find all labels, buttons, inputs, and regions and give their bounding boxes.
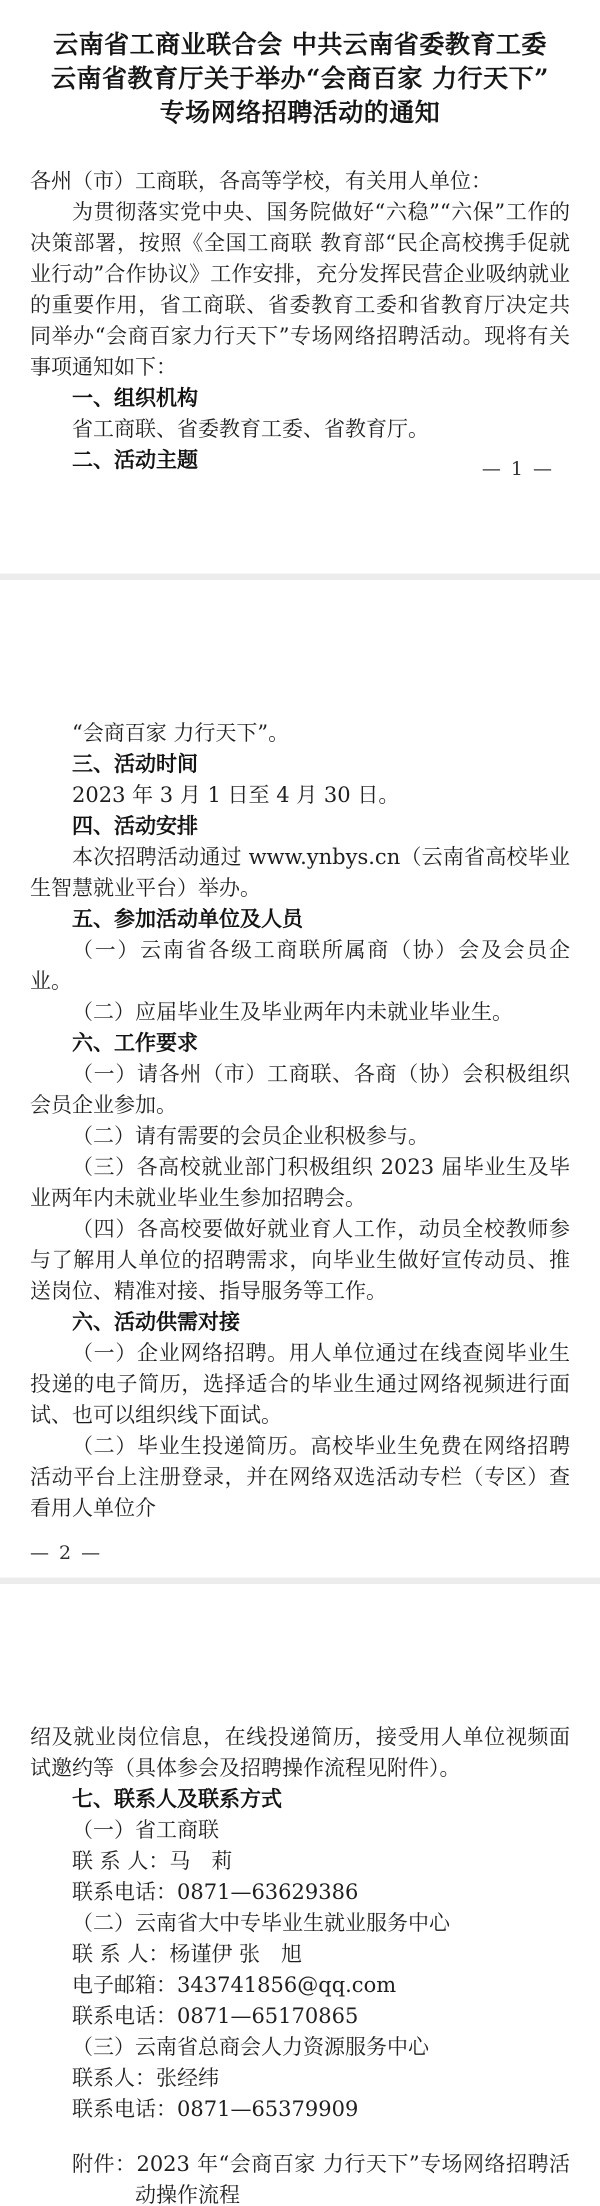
document-title: 云南省工商业联合会 中共云南省委教育工委 云南省教育厅关于举办“会商百家 力行天…: [0, 0, 600, 130]
document-page-2: “会商百家 力行天下”。 三、活动时间 2023 年 3 月 1 日至 4 月 …: [0, 580, 600, 1577]
section-heading-time: 三、活动时间: [30, 749, 570, 780]
contact-1-organization: （一）省工商联: [30, 1815, 570, 1846]
page-2-content: “会商百家 力行天下”。 三、活动时间 2023 年 3 月 1 日至 4 月 …: [0, 718, 600, 1569]
section-heading-contacts: 七、联系人及联系方式: [30, 1784, 570, 1815]
requirement-item-4: （四）各高校要做好就业育人工作，动员全校教师参与了解用人单位的招聘需求，向毕业生…: [30, 1214, 570, 1307]
matching-item-2-continued: 绍及就业岗位信息，在线投递简历，接受用人单位视频面试邀约等（具体参会及招聘操作流…: [30, 1722, 570, 1784]
page-1-content: 各州（市）工商联，各高等学校，有关用人单位： 为贯彻落实党中央、国务院做好“六稳…: [0, 166, 600, 476]
section-heading-organization: 一、组织机构: [30, 383, 570, 414]
contact-2-organization: （二）云南省大中专毕业生就业服务中心: [30, 1908, 570, 1939]
page-3-content: 绍及就业岗位信息，在线投递简历，接受用人单位视频面试邀约等（具体参会及招聘操作流…: [0, 1722, 600, 2206]
participants-item-1: （一）云南省各级工商联所属商（协）会及会员企业。: [30, 935, 570, 997]
document-page-3: 绍及就业岗位信息，在线投递简历，接受用人单位视频面试邀约等（具体参会及招聘操作流…: [0, 1584, 600, 2206]
requirement-item-3: （三）各高校就业部门积极组织 2023 届毕业生及毕业两年内未就业毕业生参加招聘…: [30, 1152, 570, 1214]
matching-item-2: （二）毕业生投递简历。高校毕业生免费在网络招聘活动平台上注册登录，并在网络双选活…: [30, 1431, 570, 1524]
section-heading-matching: 六、活动供需对接: [30, 1307, 570, 1338]
contact-2-phone: 联系电话：0871—65170865: [30, 2001, 570, 2032]
contact-3-person: 联系人：张经纬: [30, 2063, 570, 2094]
time-paragraph: 2023 年 3 月 1 日至 4 月 30 日。: [30, 780, 570, 811]
attachment-line: 附件：2023 年“会商百家 力行天下”专场网络招聘活动操作流程: [30, 2149, 570, 2206]
intro-paragraph: 为贯彻落实党中央、国务院做好“六稳”“六保”工作的决策部署，按照《全国工商联 教…: [30, 197, 570, 383]
contact-3-phone: 联系电话：0871—65379909: [30, 2094, 570, 2125]
scanned-notice-document: 云南省工商业联合会 中共云南省委教育工委 云南省教育厅关于举办“会商百家 力行天…: [0, 0, 600, 2206]
theme-paragraph: “会商百家 力行天下”。: [30, 718, 570, 749]
contact-2-person: 联 系 人：杨谨伊 张 旭: [30, 1939, 570, 1970]
requirement-item-2: （二）请有需要的会员企业积极参与。: [30, 1121, 570, 1152]
contact-1-phone: 联系电话：0871—63629386: [30, 1877, 570, 1908]
contact-2-email: 电子邮箱：343741856@qq.com: [30, 1970, 570, 2001]
section-heading-requirements: 六、工作要求: [30, 1028, 570, 1059]
section-heading-participants: 五、参加活动单位及人员: [30, 904, 570, 935]
page-break-divider: [0, 1577, 600, 1584]
participants-item-2: （二）应届毕业生及毕业两年内未就业毕业生。: [30, 997, 570, 1028]
contact-1-person: 联 系 人：马 莉: [30, 1846, 570, 1877]
document-page-1: 云南省工商业联合会 中共云南省委教育工委 云南省教育厅关于举办“会商百家 力行天…: [0, 0, 600, 573]
plan-paragraph: 本次招聘活动通过 www.ynbys.cn（云南省高校毕业生智慧就业平台）举办。: [30, 842, 570, 904]
contact-3-organization: （三）云南省总商会人力资源服务中心: [30, 2032, 570, 2063]
requirement-item-1: （一）请各州（市）工商联、各商（协）会积极组织会员企业参加。: [30, 1059, 570, 1121]
salutation-line: 各州（市）工商联，各高等学校，有关用人单位：: [30, 166, 570, 197]
page-number-1: — 1 —: [482, 458, 554, 480]
page-number-2: — 2 —: [30, 1538, 570, 1569]
organization-paragraph: 省工商联、省委教育工委、省教育厅。: [30, 414, 570, 445]
matching-item-1: （一）企业网络招聘。用人单位通过在线查阅毕业生投递的电子简历，选择适合的毕业生通…: [30, 1338, 570, 1431]
page-break-divider: [0, 573, 600, 580]
section-heading-plan: 四、活动安排: [30, 811, 570, 842]
